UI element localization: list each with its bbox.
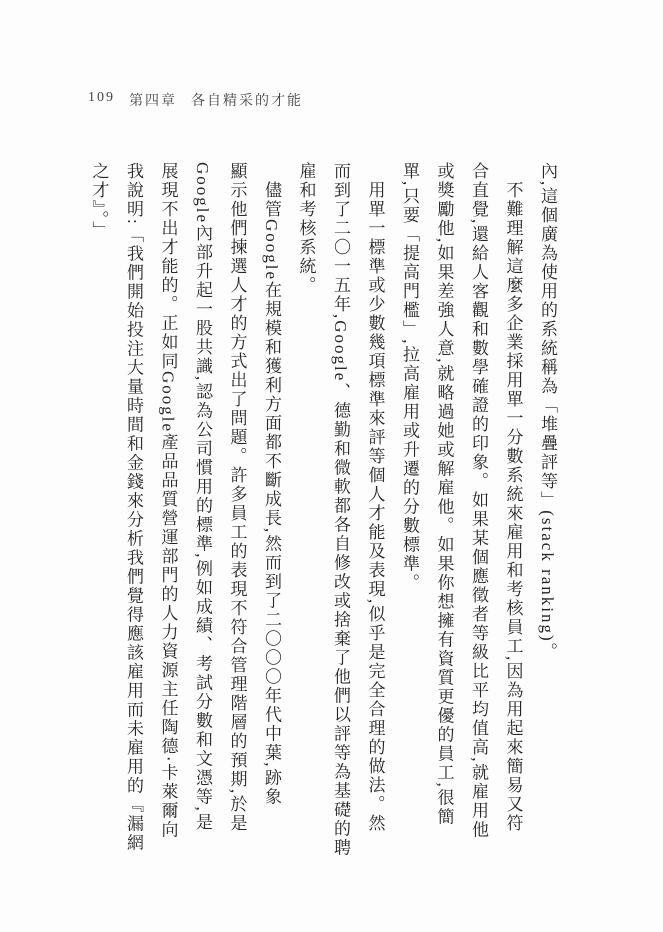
text-column: 不難理解這麼多企業採用單一分數系統來雇用和考核員工,因為用起來簡易又符 (495, 162, 530, 889)
text-column: 單,只要「提高門檻」,拉高雇用或升遷的分數標準。 (392, 162, 427, 870)
text-column: 合直覺,還給人客觀和數學確證的印象。如果某個應徵者等級比平均值高,就雇用他 (461, 162, 496, 870)
text-column: 雇和考核系統。 (288, 162, 323, 870)
text-column: 而到了二〇一五年,Google、德勤和微軟都各自修改或捨棄了他們以評等為基礎的聘 (323, 162, 358, 870)
text-column: 或獎勵他,如果差強人意,就略過她或解雇他。如果你想擁有資質更優的員工,很簡 (426, 162, 461, 870)
text-column: 之才』。」 (81, 162, 116, 870)
page-header: 109 第四章 各自精采的才能 (88, 90, 303, 110)
chapter-label: 第四章 (129, 90, 177, 110)
text-column: 我說明:「我們開始投注大量時間和金錢來分析我們覺得應該雇用而未雇用的『漏網 (116, 162, 151, 870)
text-column: 用單一標準或少數幾項標準來評等個人才能及表現,似乎是完全合理的做法。然 (357, 162, 392, 889)
text-column: 內,這個廣為使用的系統稱為「堆疊評等」(stack ranking)。 (530, 162, 565, 870)
text-column: Google內部升起一股共識,認為公司慣用的標準,例如成績、考試分數和文憑等,是 (185, 162, 220, 870)
page-number: 109 (88, 90, 115, 110)
book-page: 109 第四章 各自精采的才能 內,這個廣為使用的系統稱為「堆疊評等」(stac… (0, 0, 663, 932)
body-text: 內,這個廣為使用的系統稱為「堆疊評等」(stack ranking)。 不難理解… (81, 162, 564, 870)
text-column: 展現不出才能的。正如同Google產品品質營運部門的人力資源主任陶德‧卡萊爾向 (150, 162, 185, 870)
chapter-title: 各自精采的才能 (191, 90, 303, 110)
text-column: 儘管Google在規模和獲利方面都不斷成長,然而到了二〇〇〇年代中葉,跡象 (254, 162, 289, 889)
text-column: 顯示他們揀選人才的方式出了問題。許多員工的表現不符合管理階層的預期,於是 (219, 162, 254, 870)
